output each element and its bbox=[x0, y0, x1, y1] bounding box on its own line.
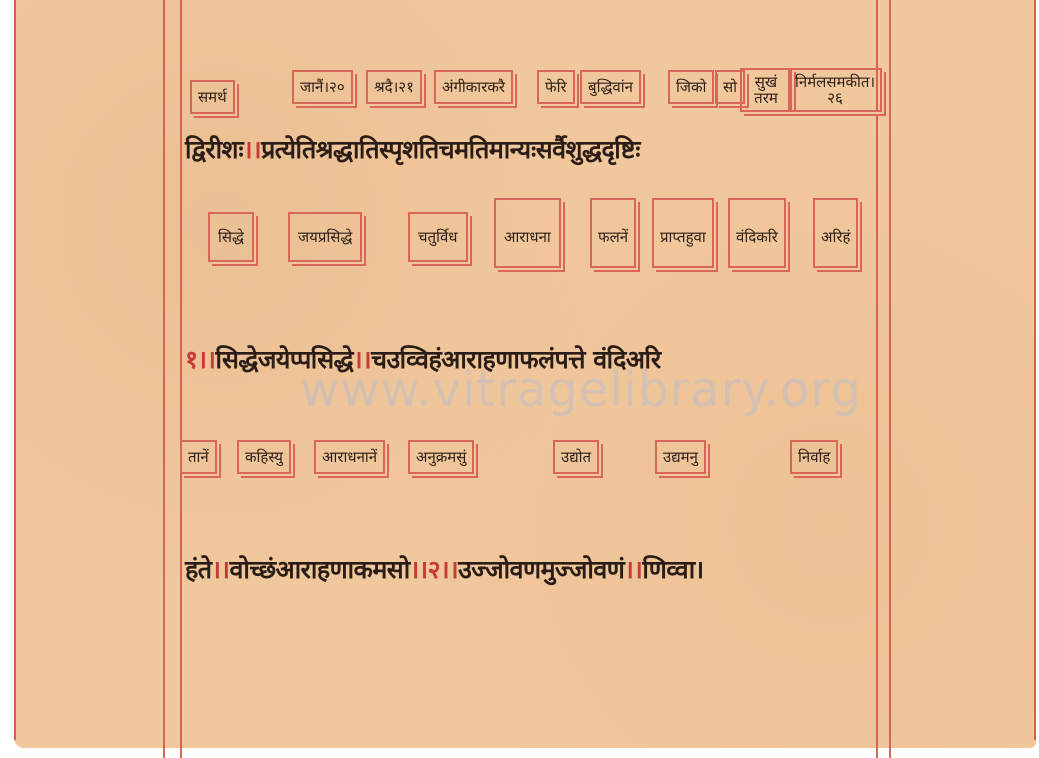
line-text: णिव्वा। bbox=[642, 555, 703, 584]
gloss-box: अनुक्रमसुं bbox=[408, 440, 474, 474]
gloss-box: सिद्धे bbox=[208, 212, 254, 262]
danda-marker: ।। bbox=[198, 345, 216, 374]
gloss-box: उद्योत bbox=[553, 440, 599, 474]
gloss-box: निर्वाह bbox=[790, 440, 838, 474]
gloss-box: अरिहं bbox=[813, 198, 858, 268]
gloss-box: आराधना bbox=[494, 198, 561, 268]
gloss-box: अंगीकारकरै bbox=[434, 70, 513, 104]
gloss-box: प्राप्तहुवा bbox=[652, 198, 714, 268]
gloss-box: जिको bbox=[668, 70, 714, 104]
gloss-box: बुद्धिवांन bbox=[580, 70, 641, 104]
margin-rule-right-inner bbox=[876, 0, 878, 758]
gloss-box: वंदिकरि bbox=[728, 198, 786, 268]
margin-rule-left-inner bbox=[180, 0, 182, 758]
gloss-box: चतुर्विध bbox=[408, 212, 468, 262]
text-line-2: १।।सिद्धेजयेप्पसिद्धे।।चउव्विहंआराहणाफलं… bbox=[185, 342, 875, 376]
gloss-box: उद्यमनु bbox=[655, 440, 706, 474]
line-text: उज्जोवणमुज्जोवणं bbox=[458, 555, 624, 584]
gloss-box: फेरि bbox=[537, 70, 575, 104]
line-text: वोच्छंआराहणाकमसो bbox=[229, 555, 409, 584]
left-edge-rule bbox=[14, 0, 16, 740]
verse-number: १ bbox=[185, 345, 198, 374]
gloss-box: कहिस्यु bbox=[237, 440, 291, 474]
gloss-box: तानें bbox=[180, 440, 217, 474]
gloss-box: सुखं तरम bbox=[740, 68, 792, 112]
gloss-box: श्रदै।२१ bbox=[366, 70, 422, 104]
gloss-box: समर्थ bbox=[190, 80, 235, 114]
danda-marker: ।। bbox=[624, 555, 642, 584]
danda-marker: ।। bbox=[353, 345, 371, 374]
gloss-box: फलनें bbox=[590, 198, 636, 268]
line-text: चउव्विहंआराहणाफलंपत्ते वंदिअरि bbox=[371, 345, 661, 374]
margin-rule-left-outer bbox=[163, 0, 165, 758]
line-text: प्रत्येतिश्रद्धातिस्पृशतिचमतिमान्यःसर्वै… bbox=[261, 135, 640, 164]
gloss-box: आराधनानें bbox=[314, 440, 385, 474]
margin-rule-right-outer bbox=[889, 0, 891, 758]
text-line-1: द्विरीशः।।प्रत्येतिश्रद्धातिस्पृशतिचमतिम… bbox=[185, 132, 875, 166]
gloss-box: जयप्रसिद्धे bbox=[288, 212, 362, 262]
line-text: द्विरीशः bbox=[185, 135, 243, 164]
right-edge-rule bbox=[1034, 0, 1036, 740]
danda-marker: ।। bbox=[243, 135, 261, 164]
verse-number: ।।२।। bbox=[410, 555, 458, 584]
line-text: सिद्धेजयेप्पसिद्धे bbox=[215, 345, 353, 374]
line-text: हंते bbox=[185, 555, 212, 584]
gloss-box: जानैं।२० bbox=[292, 70, 353, 104]
gloss-box: निर्मलसमकीत।२६ bbox=[788, 68, 882, 112]
danda-marker: ।। bbox=[212, 555, 230, 584]
text-line-3: हंते।।वोच्छंआराहणाकमसो।।२।।उज्जोवणमुज्जो… bbox=[185, 552, 875, 586]
